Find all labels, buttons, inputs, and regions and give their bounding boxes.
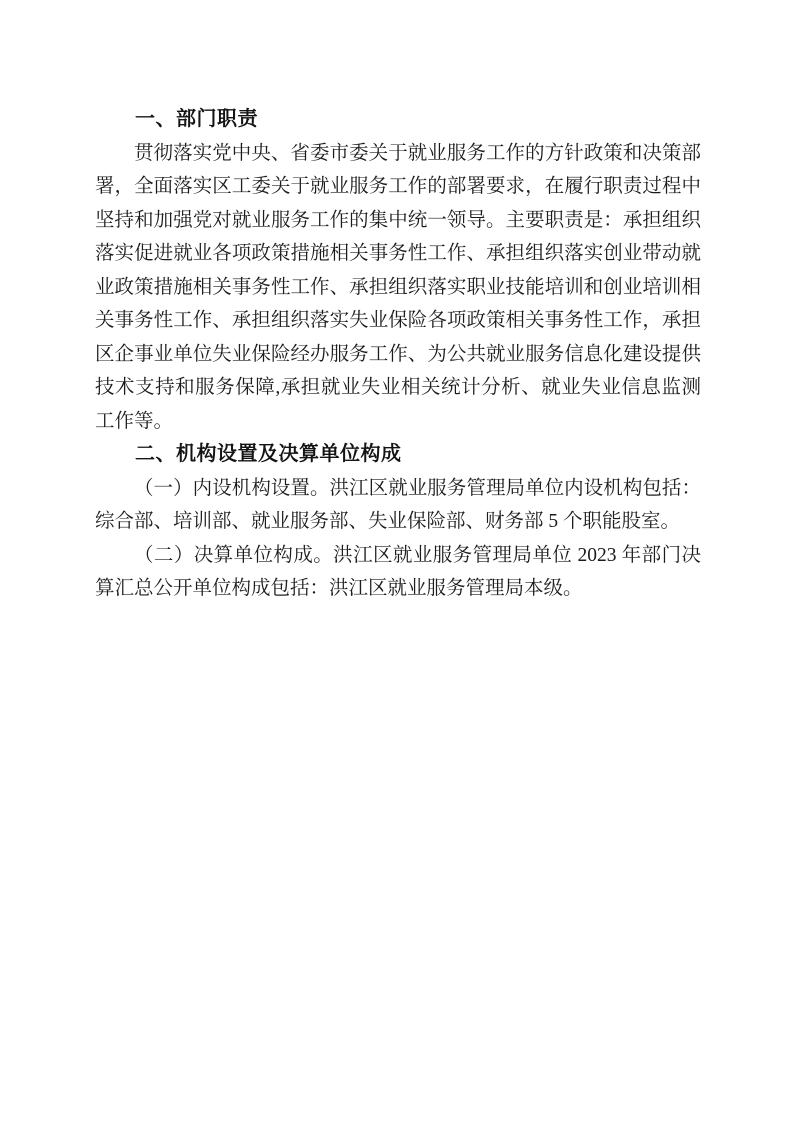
- section-2-heading: 二、机构设置及决算单位构成: [95, 438, 701, 472]
- section-2-paragraph-unit-composition: （二）决算单位构成。洪江区就业服务管理局单位 2023 年部门决算汇总公开单位构…: [95, 539, 701, 606]
- section-2-paragraph-internal-structure: （一）内设机构设置。洪江区就业服务管理局单位内设机构包括：综合部、培训部、就业服…: [95, 472, 701, 539]
- section-1-paragraph-duties: 贯彻落实党中央、省委市委关于就业服务工作的方针政策和决策部署，全面落实区工委关于…: [95, 137, 701, 439]
- section-1-heading: 一、部门职责: [95, 103, 701, 137]
- document-page: 一、部门职责 贯彻落实党中央、省委市委关于就业服务工作的方针政策和决策部署，全面…: [0, 0, 793, 1122]
